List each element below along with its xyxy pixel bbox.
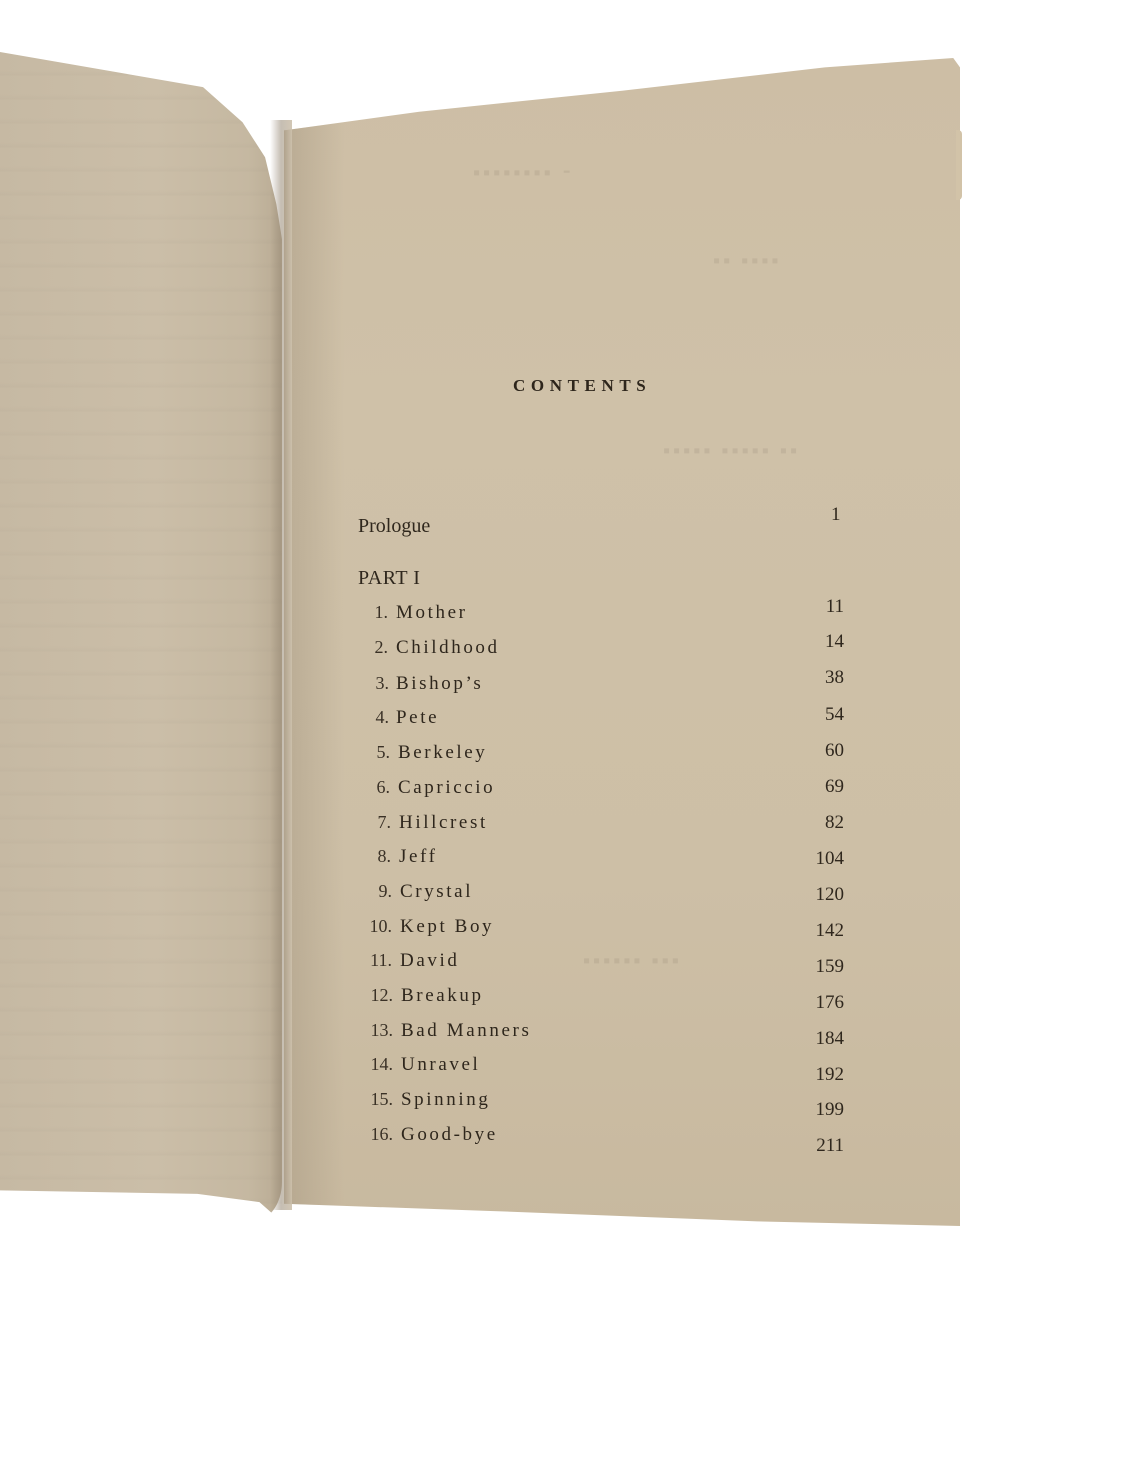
- chapter-number: 10.: [370, 916, 393, 937]
- chapter-entry: 3. Bishop’s 38: [360, 673, 844, 703]
- chapter-entry: 8. Jeff 104: [360, 846, 844, 876]
- chapter-page: 184: [816, 1028, 845, 1050]
- chapter-title: Crystal: [400, 881, 473, 903]
- chapter-title: Kept Boy: [400, 916, 494, 938]
- chapter-title: Spinning: [401, 1089, 490, 1111]
- prologue-entry-title: Prologue: [358, 515, 430, 538]
- chapter-number: 7.: [378, 812, 392, 833]
- chapter-number: 13.: [371, 1020, 394, 1041]
- chapter-page: 120: [816, 884, 845, 906]
- chapter-page: 176: [816, 992, 845, 1014]
- chapter-number: 14.: [371, 1054, 394, 1075]
- part-heading: PART I: [358, 567, 420, 590]
- chapter-title: Hillcrest: [399, 812, 488, 834]
- chapter-entry: 13. Bad Manners 184: [360, 1020, 844, 1050]
- chapter-title: David: [400, 950, 459, 972]
- contents-heading: CONTENTS: [513, 376, 651, 396]
- chapter-page: 159: [816, 956, 845, 978]
- chapter-page: 211: [816, 1135, 844, 1157]
- chapter-entry: 11. David 159: [360, 950, 844, 980]
- table-of-contents: CONTENTS Prologue 1 PART I 1. Mother 11 …: [0, 0, 1128, 1484]
- chapter-page: 11: [826, 596, 844, 618]
- chapter-entry: 16. Good-bye 211: [360, 1124, 844, 1154]
- chapter-page: 14: [825, 631, 844, 653]
- chapter-page: 192: [816, 1064, 845, 1086]
- chapter-title: Jeff: [399, 846, 438, 868]
- chapter-title: Childhood: [396, 637, 500, 659]
- chapter-number: 8.: [378, 846, 392, 867]
- chapter-title: Unravel: [401, 1054, 480, 1076]
- chapter-number: 1.: [375, 602, 389, 623]
- chapter-number: 6.: [377, 777, 391, 798]
- chapter-entry: 2. Childhood 14: [360, 637, 844, 667]
- chapter-title: Bad Manners: [401, 1020, 531, 1042]
- chapter-page: 104: [816, 848, 845, 870]
- chapter-entry: 1. Mother 11: [360, 602, 844, 632]
- chapter-page: 82: [825, 812, 844, 834]
- chapter-page: 54: [825, 704, 844, 726]
- chapter-entry: 14. Unravel 192: [360, 1054, 844, 1084]
- chapter-title: Capriccio: [398, 777, 495, 799]
- chapter-page: 38: [825, 667, 844, 689]
- chapter-title: Mother: [396, 602, 468, 624]
- chapter-page: 142: [816, 920, 845, 942]
- chapter-number: 4.: [376, 707, 390, 728]
- chapter-page: 69: [825, 776, 844, 798]
- chapter-title: Berkeley: [398, 742, 487, 764]
- chapter-number: 11.: [370, 950, 392, 971]
- chapter-entry: 15. Spinning 199: [360, 1089, 844, 1119]
- chapter-number: 2.: [375, 637, 389, 658]
- chapter-title: Bishop’s: [396, 673, 483, 695]
- chapter-title: Breakup: [401, 985, 484, 1007]
- chapter-number: 16.: [371, 1124, 394, 1145]
- chapter-entry: 4. Pete 54: [360, 707, 844, 737]
- chapter-number: 5.: [377, 742, 391, 763]
- chapter-entry: 7. Hillcrest 82: [360, 812, 844, 842]
- chapter-entry: 6. Capriccio 69: [360, 777, 844, 807]
- chapter-page: 199: [816, 1099, 845, 1121]
- chapter-title: Pete: [396, 707, 439, 729]
- chapter-number: 12.: [371, 985, 394, 1006]
- chapter-title: Good-bye: [401, 1124, 498, 1146]
- chapter-number: 3.: [376, 673, 390, 694]
- chapter-number: 9.: [379, 881, 393, 902]
- prologue-entry-page: 1: [831, 504, 841, 526]
- chapter-number: 15.: [371, 1089, 394, 1110]
- chapter-entry: 9. Crystal 120: [360, 881, 844, 911]
- chapter-entry: 12. Breakup 176: [360, 985, 844, 1015]
- chapter-entry: 10. Kept Boy 142: [360, 916, 844, 946]
- chapter-page: 60: [825, 740, 844, 762]
- chapter-entry: 5. Berkeley 60: [360, 742, 844, 772]
